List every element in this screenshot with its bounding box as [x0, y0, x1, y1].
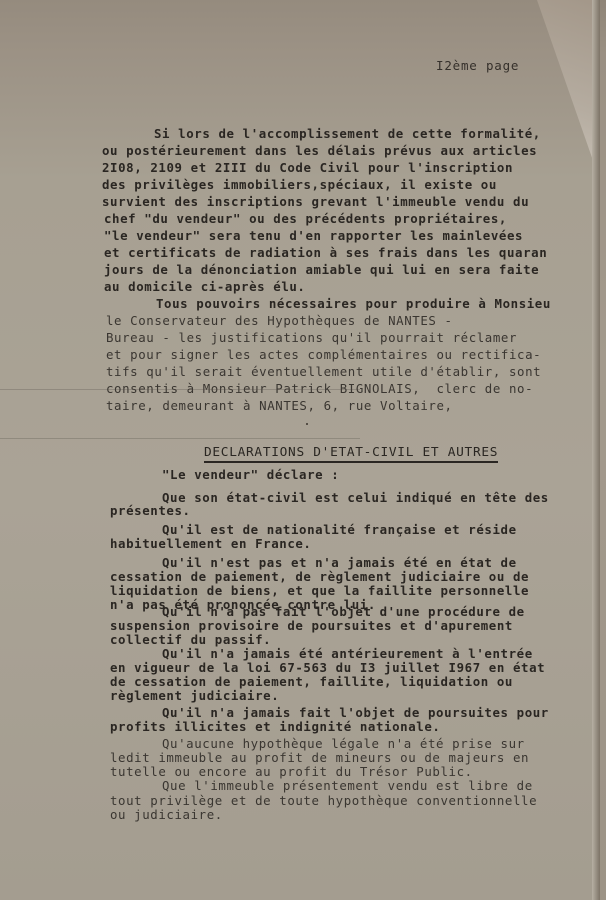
text-line: Qu'il n'a jamais fait l'objet de poursui…: [162, 706, 549, 720]
text-line: liquidation de biens, et que la faillite…: [110, 584, 529, 598]
text-line: tutelle ou encore au profit du Trésor Pu…: [110, 765, 473, 779]
text-line: tout privilège et de toute hypothèque co…: [110, 794, 537, 808]
text-line: et certificats de radiation à ses frais …: [104, 246, 547, 260]
text-line: ledit immeuble au profit de mineurs ou d…: [110, 751, 529, 765]
text-line: jours de la dénonciation amiable qui lui…: [104, 263, 539, 277]
text-line: Qu'il n'est pas et n'a jamais été en éta…: [162, 556, 517, 570]
text-line: le Conservateur des Hypothèques de NANTE…: [106, 314, 453, 328]
text-line: tifs qu'il serait éventuellement utile d…: [106, 365, 541, 379]
text-line: ou postérieurement dans les délais prévu…: [102, 144, 537, 158]
text-line: chef "du vendeur" ou des précédents prop…: [104, 212, 507, 226]
text-line: 2I08, 2109 et 2III du Code Civil pour l'…: [102, 161, 513, 175]
text-line: Qu'il n'a pas fait l'objet d'une procédu…: [162, 605, 525, 619]
text-line: Si lors de l'accomplissement de cette fo…: [154, 127, 541, 141]
text-line: habituellement en France.: [110, 537, 312, 551]
text-line: Que son état-civil est celui indiqué en …: [162, 491, 549, 505]
text-line: en vigueur de la loi 67-563 du I3 juille…: [110, 661, 545, 675]
text-line: Qu'aucune hypothèque légale n'a été pris…: [162, 737, 525, 751]
document-page: I2ème page Si lors de l'accomplissement …: [0, 0, 600, 900]
bleed-through-line: [0, 389, 360, 390]
section-heading: DECLARATIONS D'ETAT-CIVIL ET AUTRES: [204, 445, 498, 463]
text-line: présentes.: [110, 504, 191, 518]
bleed-through-line: [0, 438, 360, 439]
text-line: Bureau - les justifications qu'il pourra…: [106, 331, 517, 345]
text-line: règlement judiciaire.: [110, 689, 279, 703]
text-line: au domicile ci-après élu.: [104, 280, 306, 294]
text-line: collectif du passif.: [110, 633, 271, 647]
text-line: taire, demeurant à NANTES, 6, rue Voltai…: [106, 399, 453, 413]
text-line: suspension provisoire de poursuites et d…: [110, 619, 513, 633]
text-line: "le vendeur" sera tenu d'en rapporter le…: [104, 229, 523, 243]
text-line: Qu'il est de nationalité française et ré…: [162, 523, 517, 537]
page-edge: [592, 0, 600, 900]
text-line: Que l'immeuble présentement vendu est li…: [162, 779, 533, 793]
text-line: ou judiciaire.: [110, 808, 223, 822]
text-line: de cessation de paiement, faillite, liqu…: [110, 675, 513, 689]
text-line: Qu'il n'a jamais été antérieurement à l'…: [162, 647, 533, 661]
text-line: Tous pouvoirs nécessaires pour produire …: [156, 297, 551, 311]
text-line: "Le vendeur" déclare :: [162, 468, 339, 482]
text-line: des privilèges immobiliers,spéciaux, il …: [102, 178, 497, 192]
page-number: I2ème page: [436, 58, 519, 73]
text-line: et pour signer les actes complémentaires…: [106, 348, 541, 362]
text-line: survient des inscriptions grevant l'imme…: [102, 195, 529, 209]
ink-dot: [306, 423, 308, 425]
text-line: profits illicites et indignité nationale…: [110, 720, 440, 734]
text-line: cessation de paiement, de règlement judi…: [110, 570, 529, 584]
